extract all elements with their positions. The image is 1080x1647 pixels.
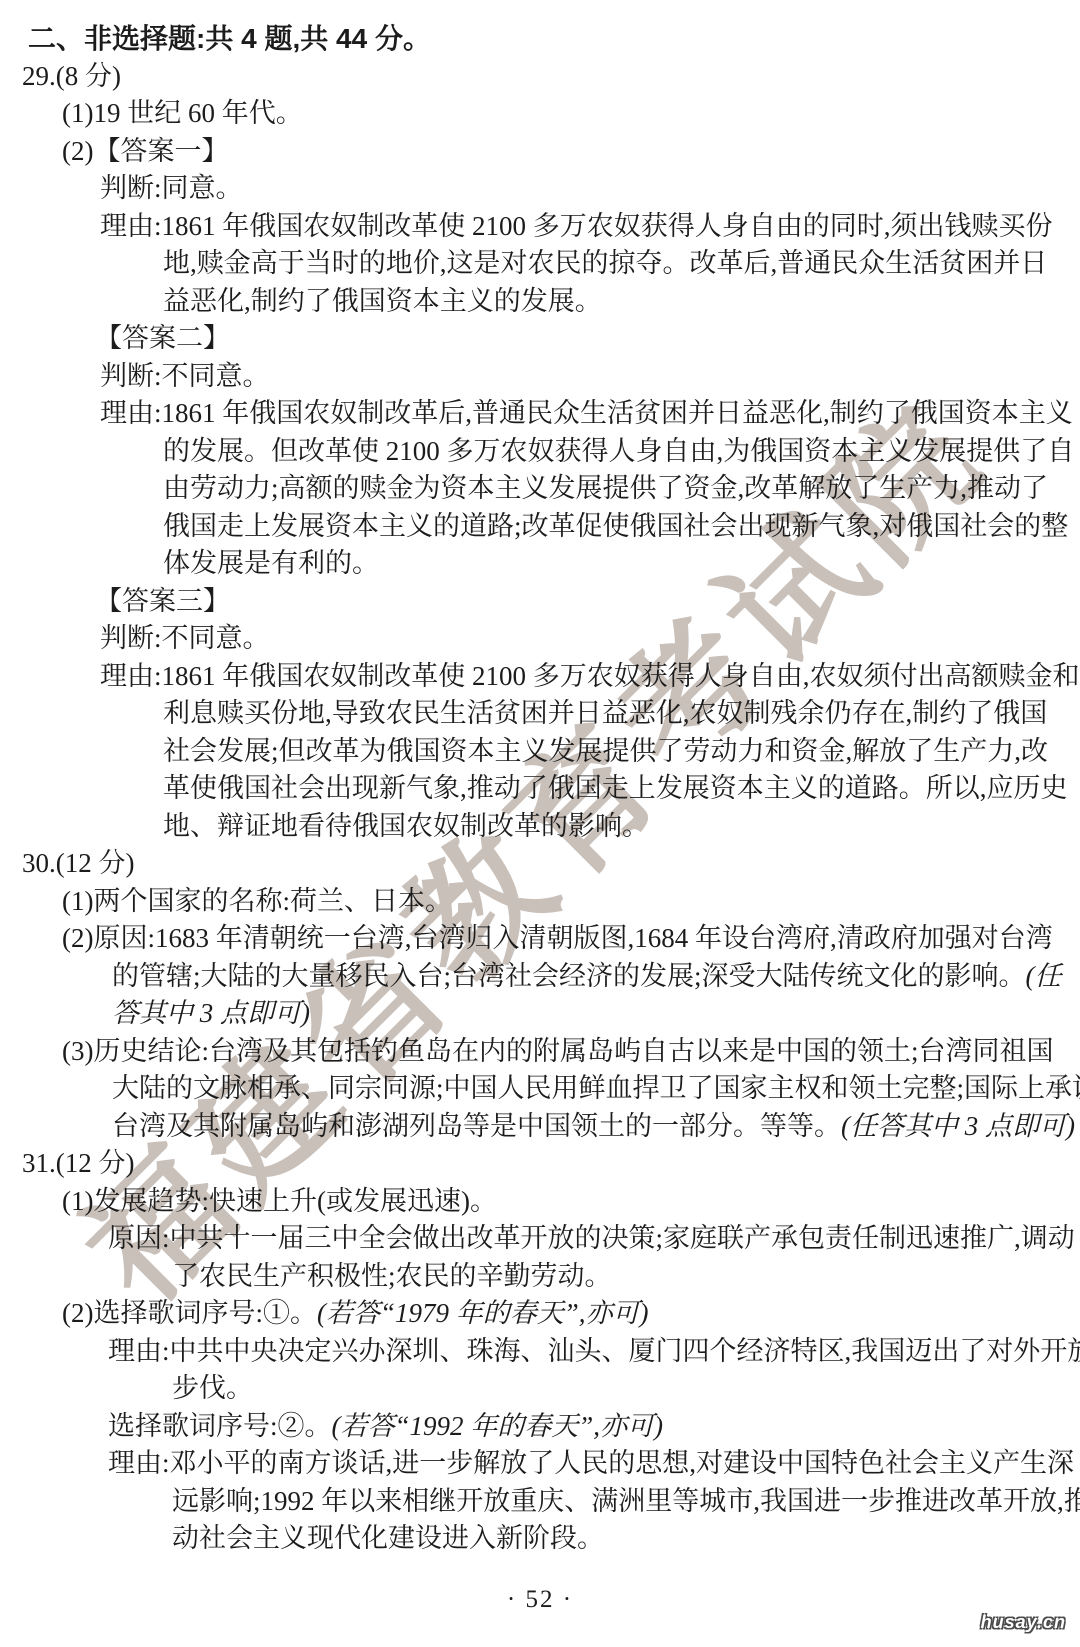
grading-note-text: (若答“1979 年的春天”,亦可)	[317, 1298, 649, 1328]
answer-text-run: 的管辖;大陆的大量移民入台;台湾社会经济的发展;深受大陆传统文化的影响。	[112, 961, 1026, 991]
answer-text-run: 由劳动力;高额的赎金为资本主义发展提供了资金,改革解放了生产力,推动了	[163, 473, 1048, 503]
answer-text-run: 30.(12 分)	[22, 848, 134, 878]
q29-answer3-reason-line2: 利息赎买份地,导致农民生活贫困并日益恶化,农奴制残余仍存在,制约了俄国	[0, 695, 1080, 733]
answer-text-run: 选择歌词序号:②。	[108, 1411, 332, 1441]
q29-answer2-reason-line2: 的发展。但改革使 2100 多万农奴获得人身自由,为俄国资本主义发展提供了自	[0, 433, 1080, 471]
answer-text-run: 原因:中共十一届三中全会做出改革开放的决策;家庭联产承包责任制迅速推广,调动	[108, 1223, 1075, 1253]
q31-part2-reason1-line1: 理由:中共中央决定兴办深圳、珠海、汕头、厦门四个经济特区,我国迈出了对外开放的	[0, 1333, 1080, 1371]
q29-answer3-judgment: 判断:不同意。	[0, 620, 1080, 658]
q29-answer2-reason-line1: 理由:1861 年俄国农奴制改革后,普通民众生活贫困并日益恶化,制约了俄国资本主…	[0, 395, 1080, 433]
answer-text-run: 步伐。	[172, 1373, 253, 1403]
q31-part1-cause-line2: 了农民生产积极性;农民的辛勤劳动。	[0, 1258, 1080, 1296]
grading-note-text: (任答其中 3 点即可)	[841, 1111, 1075, 1141]
answer-text-run: 理由:邓小平的南方谈话,进一步解放了人民的思想,对建设中国特色社会主义产生深	[108, 1448, 1074, 1478]
answer-text: 二、非选择题:共 4 题,共 44 分。29.(8 分)(1)19 世纪 60 …	[0, 20, 1080, 1558]
answer-text-run: 社会发展;但改革为俄国资本主义发展提供了劳动力和资金,解放了生产力,改	[163, 736, 1048, 766]
q31-part2-choice2: 选择歌词序号:②。(若答“1992 年的春天”,亦可)	[0, 1408, 1080, 1446]
q31-part2-choice1: (2)选择歌词序号:①。(若答“1979 年的春天”,亦可)	[0, 1295, 1080, 1333]
answer-text-run: (1)发展趋势:快速上升(或发展迅速)。	[62, 1186, 497, 1216]
q30-part3-answer-line1: (3)历史结论:台湾及其包括钓鱼岛在内的附属岛屿自古以来是中国的领土;台湾同祖国	[0, 1033, 1080, 1071]
answer-text-run: 远影响;1992 年以来相继开放重庆、满洲里等城市,我国进一步推进改革开放,推	[172, 1486, 1080, 1516]
q29-part2-answer1-title: (2)【答案一】	[0, 133, 1080, 171]
q30-part2-answer-line2: 的管辖;大陆的大量移民入台;台湾社会经济的发展;深受大陆传统文化的影响。(任	[0, 958, 1080, 996]
q29-answer2-reason-line4: 俄国走上发展资本主义的道路;改革促使俄国社会出现新气象,对俄国社会的整	[0, 508, 1080, 546]
answer-text-run: 判断:同意。	[100, 173, 243, 203]
q29-answer1-reason-line2: 地,赎金高于当时的地价,这是对农民的掠夺。改革后,普通民众生活贫困并日	[0, 245, 1080, 283]
answer-text-run: 大陆的文脉相承、同宗同源;中国人民用鲜血捍卫了国家主权和领土完整;国际上承认	[112, 1073, 1080, 1103]
answer-text-run: 理由:1861 年俄国农奴制改革使 2100 多万农奴获得人身自由,农奴须付出高…	[100, 661, 1080, 691]
q29-answer1-judgment: 判断:同意。	[0, 170, 1080, 208]
answer-text-run: 地、辩证地看待俄国农奴制改革的影响。	[163, 811, 649, 841]
answer-text-run: 益恶化,制约了俄国资本主义的发展。	[163, 286, 602, 316]
q29-answer1-reason-line3: 益恶化,制约了俄国资本主义的发展。	[0, 283, 1080, 321]
answer-text-run: 判断:不同意。	[100, 623, 270, 653]
answer-text-run: 理由:1861 年俄国农奴制改革使 2100 多万农奴获得人身自由的同时,须出钱…	[100, 211, 1053, 241]
q31-part2-reason2-line3: 动社会主义现代化建设进入新阶段。	[0, 1520, 1080, 1558]
q30-part1-answer: (1)两个国家的名称:荷兰、日本。	[0, 883, 1080, 921]
q29-answer2-judgment: 判断:不同意。	[0, 358, 1080, 396]
answer-text-run: 革使俄国社会出现新气象,推动了俄国走上发展资本主义的道路。所以,应历史	[163, 773, 1068, 803]
answer-text-run: (2)【答案一】	[62, 136, 228, 166]
q29-answer3-reason-line3: 社会发展;但改革为俄国资本主义发展提供了劳动力和资金,解放了生产力,改	[0, 733, 1080, 771]
q29-answer3-reason-line4: 革使俄国社会出现新气象,推动了俄国走上发展资本主义的道路。所以,应历史	[0, 770, 1080, 808]
q29-part1-answer: (1)19 世纪 60 年代。	[0, 95, 1080, 133]
q31-part2-reason1-line2: 步伐。	[0, 1370, 1080, 1408]
q30-part2-answer-line1: (2)原因:1683 年清朝统一台湾,台湾归入清朝版图,1684 年设台湾府,清…	[0, 920, 1080, 958]
q30-part2-answer-line3: 答其中 3 点即可)	[0, 995, 1080, 1033]
answer-text-run: 的发展。但改革使 2100 多万农奴获得人身自由,为俄国资本主义发展提供了自	[163, 436, 1074, 466]
q29-answer3-reason-line1: 理由:1861 年俄国农奴制改革使 2100 多万农奴获得人身自由,农奴须付出高…	[0, 658, 1080, 696]
section-header: 二、非选择题:共 4 题,共 44 分。	[0, 20, 1080, 58]
answer-text-run: (1)19 世纪 60 年代。	[62, 98, 303, 128]
q29-answer3-title: 【答案三】	[0, 583, 1080, 621]
q30-part3-answer-line3: 台湾及其附属岛屿和澎湖列岛等是中国领土的一部分。等等。(任答其中 3 点即可)	[0, 1108, 1080, 1146]
grading-note-text: 答其中 3 点即可)	[112, 998, 310, 1028]
answer-text-run: 俄国走上发展资本主义的道路;改革促使俄国社会出现新气象,对俄国社会的整	[163, 511, 1068, 541]
answer-text-run: 【答案三】	[95, 586, 230, 616]
answer-text-run: 【答案二】	[95, 323, 230, 353]
answer-text-run: 理由:1861 年俄国农奴制改革后,普通民众生活贫困并日益恶化,制约了俄国资本主…	[100, 398, 1073, 428]
q31-part1-cause-line1: 原因:中共十一届三中全会做出改革开放的决策;家庭联产承包责任制迅速推广,调动	[0, 1220, 1080, 1258]
q31-part2-reason2-line2: 远影响;1992 年以来相继开放重庆、满洲里等城市,我国进一步推进改革开放,推	[0, 1483, 1080, 1521]
grading-note-text: (若答“1992 年的春天”,亦可)	[332, 1411, 664, 1441]
grading-note-text: (任	[1026, 961, 1062, 991]
answer-text-run: 二、非选择题:共 4 题,共 44 分。	[28, 23, 431, 54]
answer-text-run: 利息赎买份地,导致农民生活贫困并日益恶化,农奴制残余仍存在,制约了俄国	[163, 698, 1047, 728]
site-watermark: husay.cn	[981, 1612, 1066, 1633]
q30-part3-answer-line2: 大陆的文脉相承、同宗同源;中国人民用鲜血捍卫了国家主权和领土完整;国际上承认	[0, 1070, 1080, 1108]
q29-answer3-reason-line5: 地、辩证地看待俄国农奴制改革的影响。	[0, 808, 1080, 846]
answer-text-run: (2)选择歌词序号:①。	[62, 1298, 317, 1328]
answer-text-run: 31.(12 分)	[22, 1148, 134, 1178]
q29-answer2-reason-line3: 由劳动力;高额的赎金为资本主义发展提供了资金,改革解放了生产力,推动了	[0, 470, 1080, 508]
answer-text-run: 判断:不同意。	[100, 361, 270, 391]
answer-text-run: (1)两个国家的名称:荷兰、日本。	[62, 886, 452, 916]
answer-text-run: 理由:中共中央决定兴办深圳、珠海、汕头、厦门四个经济特区,我国迈出了对外开放的	[108, 1336, 1080, 1366]
q29-header: 29.(8 分)	[0, 58, 1080, 96]
q31-part1-trend: (1)发展趋势:快速上升(或发展迅速)。	[0, 1183, 1080, 1221]
q29-answer2-title: 【答案二】	[0, 320, 1080, 358]
q29-answer2-reason-line5: 体发展是有利的。	[0, 545, 1080, 583]
q29-answer1-reason-line1: 理由:1861 年俄国农奴制改革使 2100 多万农奴获得人身自由的同时,须出钱…	[0, 208, 1080, 246]
answer-text-run: 29.(8 分)	[22, 61, 121, 91]
page-number: · 52 ·	[0, 1586, 1080, 1614]
q30-header: 30.(12 分)	[0, 845, 1080, 883]
q31-part2-reason2-line1: 理由:邓小平的南方谈话,进一步解放了人民的思想,对建设中国特色社会主义产生深	[0, 1445, 1080, 1483]
answer-text-run: 台湾及其附属岛屿和澎湖列岛等是中国领土的一部分。等等。	[112, 1111, 841, 1141]
answer-text-run: 地,赎金高于当时的地价,这是对农民的掠夺。改革后,普通民众生活贫困并日	[163, 248, 1047, 278]
answer-text-run: 体发展是有利的。	[163, 548, 379, 578]
q31-header: 31.(12 分)	[0, 1145, 1080, 1183]
answer-text-run: 了农民生产积极性;农民的辛勤劳动。	[172, 1261, 612, 1291]
answer-text-run: (3)历史结论:台湾及其包括钓鱼岛在内的附属岛屿自古以来是中国的领土;台湾同祖国	[62, 1036, 1053, 1066]
answer-text-run: (2)原因:1683 年清朝统一台湾,台湾归入清朝版图,1684 年设台湾府,清…	[62, 923, 1053, 953]
answer-text-run: 动社会主义现代化建设进入新阶段。	[172, 1523, 604, 1553]
exam-answer-page: 福建省教育考试院 二、非选择题:共 4 题,共 44 分。29.(8 分)(1)…	[0, 0, 1080, 1647]
